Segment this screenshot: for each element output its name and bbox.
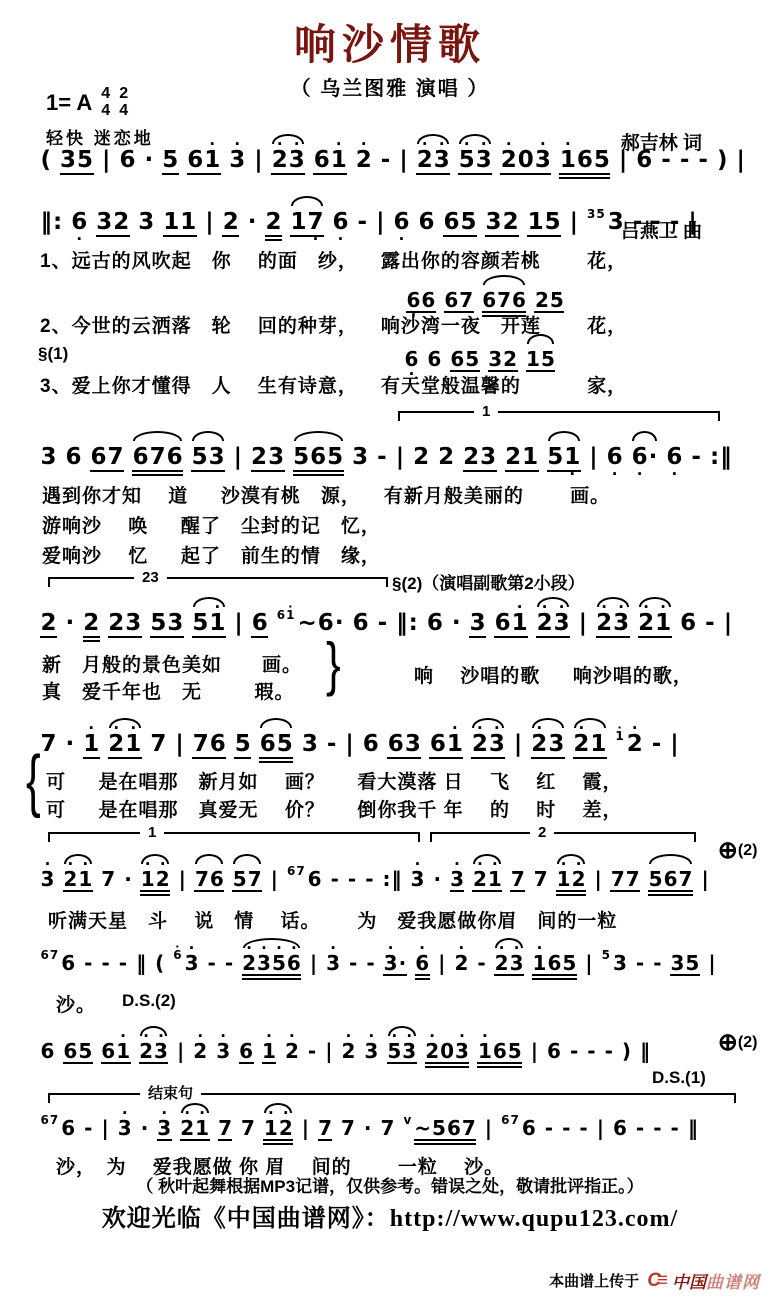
lyrics-line-4b: 真 爱千年也 无 瑕。 (42, 677, 295, 704)
music-line-verse: ‖:6·32311|2·217·6·-|6·6653215|353---| (36, 210, 701, 241)
upload-credit: 本曲谱上传于 C≡ 中国曲谱网 (549, 1268, 760, 1293)
music-line-5: 7·1·2·1·7|765653-|66361·2·3·|2·32·11·2·-… (36, 732, 683, 763)
transcriber-note: （ 秋叶起舞根据MP3记谱，仅供参考。错误之处，敬请批评指正。） (0, 1172, 780, 1197)
music-line-intro: (35|6·561·3·|2·3·61·2·-|2·3·5·3·2·03·1·6… (36, 148, 749, 179)
lyrics-line-5a: 可 是在唱那 新月如 画？ 看大漠落 日 飞 红 霞， (46, 767, 623, 794)
lyrics-line-3b: 游响沙 唤 醒了 尘封的记 忆， (42, 511, 381, 538)
site-line: 欢迎光临《中国曲谱网》：http://www.qupu123.com/ (0, 1198, 780, 1233)
key-prefix: 1= A (46, 90, 92, 116)
qupu-logo-icon: C≡ (647, 1270, 664, 1292)
tempo-marking: 轻快 迷恋地 (46, 124, 154, 149)
lyrics-line-3a: 遇到你才知 道 沙漠有桃 源， 有新月般美丽的 画。 (42, 481, 610, 508)
segno-2-icon: §(2)（演唱副歌第2小段） (392, 569, 585, 594)
coda-icon-2: ⊕(2) (700, 1010, 757, 1075)
volta-bracket-1: 1 (398, 411, 720, 422)
meter-4-4: 4 4 (101, 86, 110, 120)
brace-right-icon: } (326, 635, 341, 694)
music-alt-verse3: 6·6653215 (400, 348, 559, 372)
sheet-music-page: 响沙情歌 （ 乌兰图雅 演唱 ） 郝吉林 词 吕燕卫 曲 1= A 4 4 2 … (0, 0, 780, 1299)
music-line-ending: 676-|3··3·2·1·771·2·|77·7v~567|676---|6-… (36, 1117, 702, 1145)
lyrics-line-6: 听满天星 斗 说 情 话。 为 爱我愿做你眉 间的一粒 (48, 906, 617, 933)
music-line-4: 2·2235351·|661·~6·6-‖:6·361·2·3·|2·3·2·1… (36, 611, 737, 642)
lyrics-verse-3: 3、爱上你才懂得 人 生有诗意， 有天堂般温馨的 家， (40, 371, 627, 398)
ds-1-mark: D.S.(1) (652, 1068, 706, 1088)
qupu-logo-text: 中国曲谱网 (672, 1268, 760, 1293)
lyrics-line-5b: 可 是在唱那 真爱无 价？ 倒你我千 年 的 时 差， (46, 795, 623, 822)
music-line-3: 366767653|235653-|22232151·|6·6··6·-:‖ (36, 445, 736, 476)
meter-2-4: 2 4 (119, 86, 128, 120)
lyrics-line-4a: 新 月般的景色美如 画。 (42, 650, 302, 677)
segno-1-icon: §(1) (38, 344, 68, 364)
brace-left-icon: { (26, 748, 41, 816)
music-line-8: 66561·2·3·|2·3·61·2·-|2·3·5·3·2·03·1·65|… (36, 1040, 655, 1068)
key-signature: 1= A 4 4 2 4 (46, 86, 128, 120)
lyrics-line-4-right: 响 沙唱的歌 响沙唱的歌， (414, 661, 693, 688)
volta-bracket-2b: 2 (430, 832, 696, 843)
ending-bracket: 结束句 (48, 1093, 736, 1104)
credits: 郝吉林 词 吕燕卫 曲 (621, 70, 702, 306)
music-line-7: 676---‖(6·3·--2·3·5·6·|3·--3··6·|2·-2·3·… (36, 952, 720, 980)
lyrics-verse-1: 1、远古的风吹起 你 的面 纱， 露出你的容颜若桃 花， (40, 246, 627, 273)
ds-2-mark: D.S.(2) (122, 991, 176, 1011)
lyrics-line-7: 沙。 (56, 990, 96, 1017)
volta-bracket-23: 23 (48, 577, 388, 588)
page-title: 响沙情歌 (0, 12, 780, 72)
lyrics-line-3c: 爱响沙 忆 起了 前生的情 缘， (42, 541, 381, 568)
upload-text: 本曲谱上传于 (549, 1270, 639, 1291)
music-line-6: 3·2·1·7·1·2·|7657|676---:‖3··3·2·1·771·2… (36, 868, 713, 896)
volta-bracket-1b: 1 (48, 832, 420, 843)
